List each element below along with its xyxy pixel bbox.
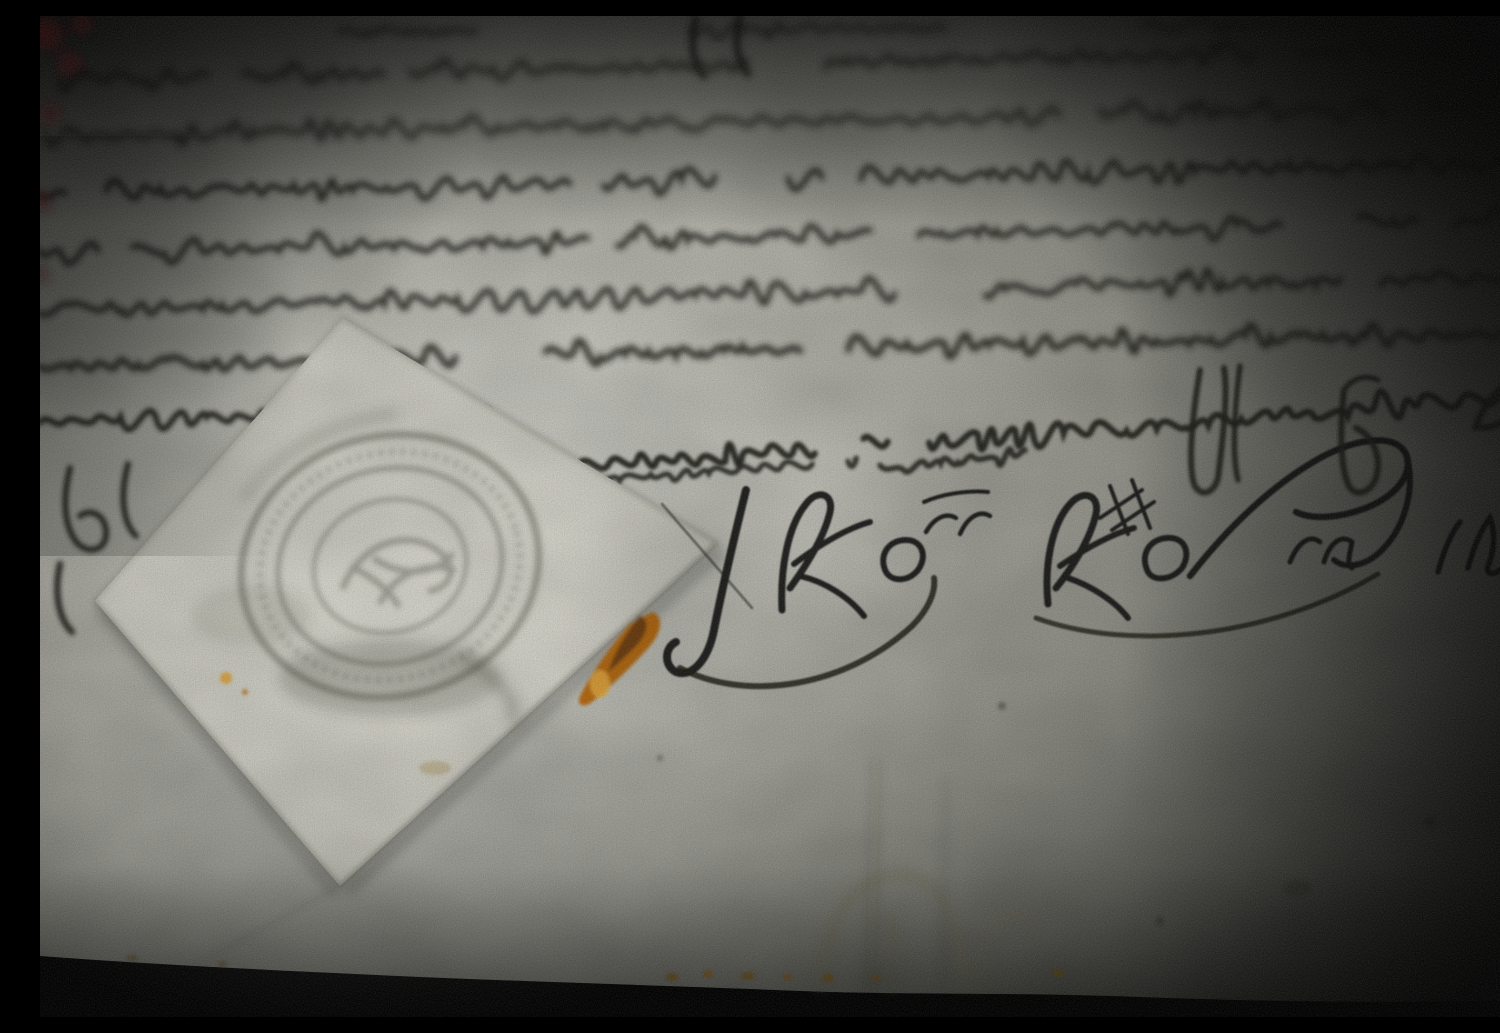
film-grain-light [40, 16, 1500, 1017]
manuscript-photo [40, 16, 1500, 1017]
